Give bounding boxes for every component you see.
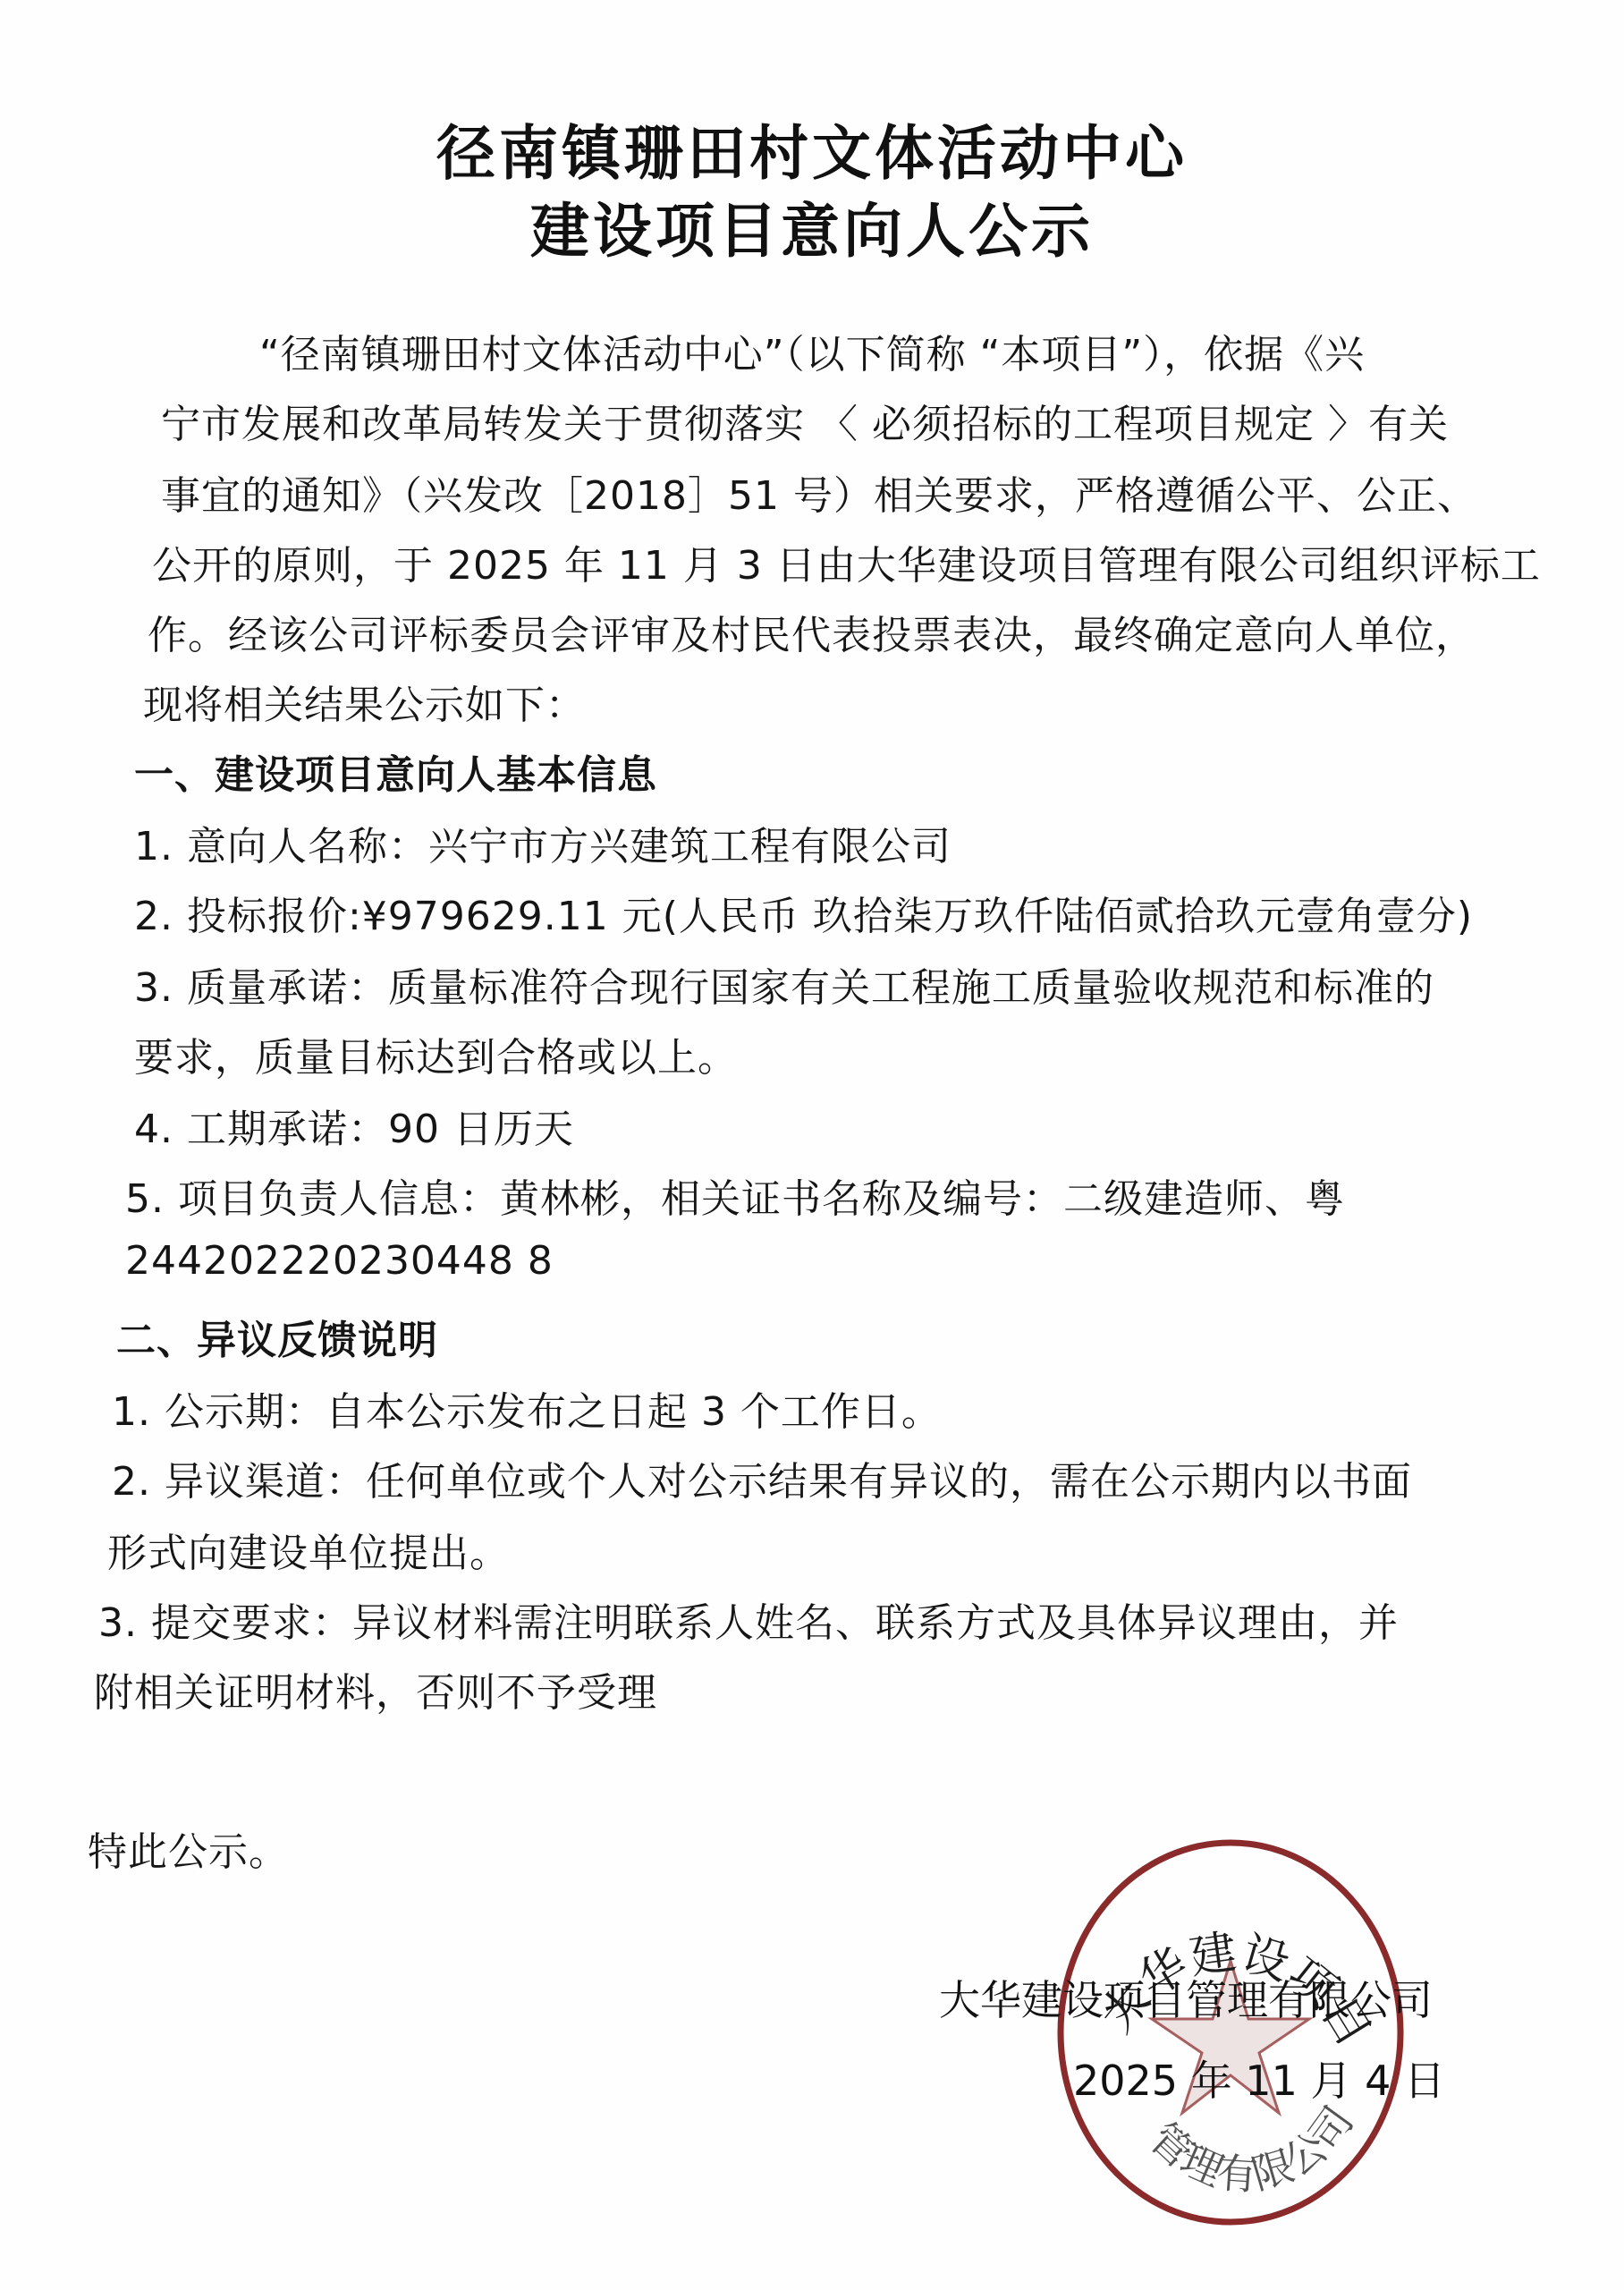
- intro-line: 作。经该公司评标委员会评审及村民代表投票表决，最终确定意向人单位，: [148, 603, 1476, 660]
- section2-item-channel: 2. 异议渠道：任何单位或个人对公示结果有异议的，需在公示期内以书面: [112, 1449, 1412, 1506]
- section1-item-bidder: 1. 意向人名称：兴宁市方兴建筑工程有限公司: [134, 814, 952, 871]
- section2-item-channel-cont: 形式向建设单位提出。: [107, 1521, 510, 1578]
- document-title-line2: 建设项目意向人公示: [0, 183, 1624, 268]
- document-title-line1: 径南镇珊田村文体活动中心: [0, 106, 1624, 191]
- section2-item-period: 1. 公示期：自本公示发布之日起 3 个工作日。: [112, 1379, 942, 1437]
- section1-item-price: 2. 投标报价:¥979629.11 元(人民币 玖拾柒万玖仟陆佰贰拾玖元壹角壹…: [134, 884, 1473, 941]
- section1-heading: 一、建设项目意向人基本信息: [134, 742, 657, 800]
- section2-heading: 二、异议反馈说明: [116, 1308, 438, 1365]
- signature-company: 大华建设项目管理有限公司: [939, 1968, 1433, 2027]
- section1-item-quality-cont: 要求，质量目标达到合格或以上。: [134, 1025, 738, 1082]
- intro-line: 公开的原则，于 2025 年 11 月 3 日由大华建设项目管理有限公司组织评标…: [152, 533, 1541, 590]
- intro-line: 宁市发展和改革局转发关于贯彻落实 〈 必须招标的工程项目规定 〉有关: [161, 392, 1449, 449]
- section1-item-manager: 5. 项目负责人信息：黄林彬，相关证书名称及编号：二级建造师、粤: [125, 1166, 1345, 1224]
- signature-date: 2025 年 11 月 4 日: [1073, 2048, 1445, 2108]
- section2-item-requirements: 3. 提交要求：异议材料需注明联系人姓名、联系方式及具体异议理由，并: [98, 1590, 1399, 1648]
- official-seal-icon: 大华建设项目 管理有限公司: [1052, 1836, 1409, 2229]
- intro-line: 事宜的通知》（兴发改［2018］51 号）相关要求，严格遵循公平、公正、: [161, 463, 1477, 521]
- intro-line: “径南镇珊田村文体活动中心”（以下简称 “本项目”），依据《兴: [259, 322, 1365, 379]
- document-page: 径南镇珊田村文体活动中心 建设项目意向人公示 “径南镇珊田村文体活动中心”（以下…: [0, 0, 1624, 2290]
- intro-line: 现将相关结果公示如下：: [143, 673, 586, 730]
- section1-item-certificate-no: 244202220230448 8: [125, 1238, 554, 1284]
- closing-text: 特此公示。: [88, 1819, 289, 1877]
- section1-item-quality: 3. 质量承诺：质量标准符合现行国家有关工程施工质量验收规范和标准的: [134, 955, 1434, 1013]
- section2-item-requirements-cont: 附相关证明材料，否则不予受理: [94, 1660, 657, 1717]
- section1-item-duration: 4. 工期承诺：90 日历天: [134, 1097, 574, 1154]
